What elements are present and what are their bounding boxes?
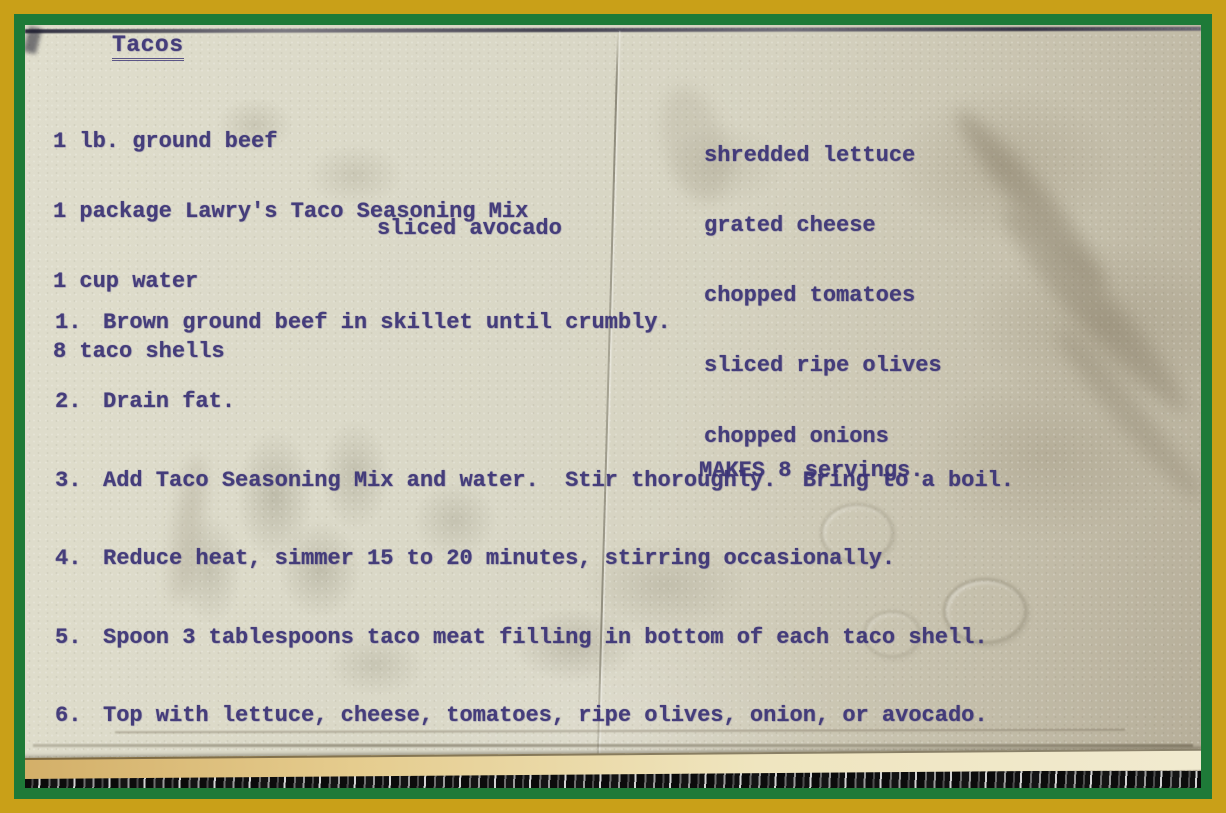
directions-list: 1.Brown ground beef in skillet until cru… — [55, 258, 1014, 782]
step-text: Drain fat. — [103, 389, 235, 414]
ingredient-line: shredded lettuce — [704, 144, 942, 167]
step-number: 4. — [55, 546, 103, 572]
direction-step: 1.Brown ground beef in skillet until cru… — [55, 310, 1014, 336]
direction-step: 5.Spoon 3 tablespoons taco meat filling … — [55, 625, 1014, 651]
step-number: 5. — [55, 625, 103, 651]
step-text: Brown ground beef in skillet until crumb… — [103, 310, 671, 335]
direction-step: 6.Top with lettuce, cheese, tomatoes, ri… — [55, 703, 1014, 729]
recipe-card-photo: Tacos 1 lb. ground beef 1 package Lawry'… — [25, 25, 1201, 788]
step-number: 1. — [55, 310, 103, 336]
ingredient-line-center: sliced avocado — [377, 217, 562, 240]
direction-step: 4.Reduce heat, simmer 15 to 20 minutes, … — [55, 546, 1014, 572]
ingredient-line: grated cheese — [704, 214, 942, 237]
step-number: 2. — [55, 389, 103, 415]
yield-line: MAKES 8 servings. — [699, 459, 923, 482]
direction-step: 2.Drain fat. — [55, 389, 1014, 415]
green-frame-border: Tacos 1 lb. ground beef 1 package Lawry'… — [14, 14, 1212, 799]
gold-frame-border: Tacos 1 lb. ground beef 1 package Lawry'… — [0, 0, 1226, 813]
ingredient-line: 1 lb. ground beef — [53, 130, 528, 153]
step-text: Spoon 3 tablespoons taco meat filling in… — [103, 625, 988, 650]
step-number: 3. — [55, 468, 103, 494]
recipe-title: Tacos — [112, 34, 184, 61]
step-text: Reduce heat, simmer 15 to 20 minutes, st… — [103, 546, 895, 571]
step-number: 6. — [55, 703, 103, 729]
step-text: Top with lettuce, cheese, tomatoes, ripe… — [103, 703, 988, 728]
